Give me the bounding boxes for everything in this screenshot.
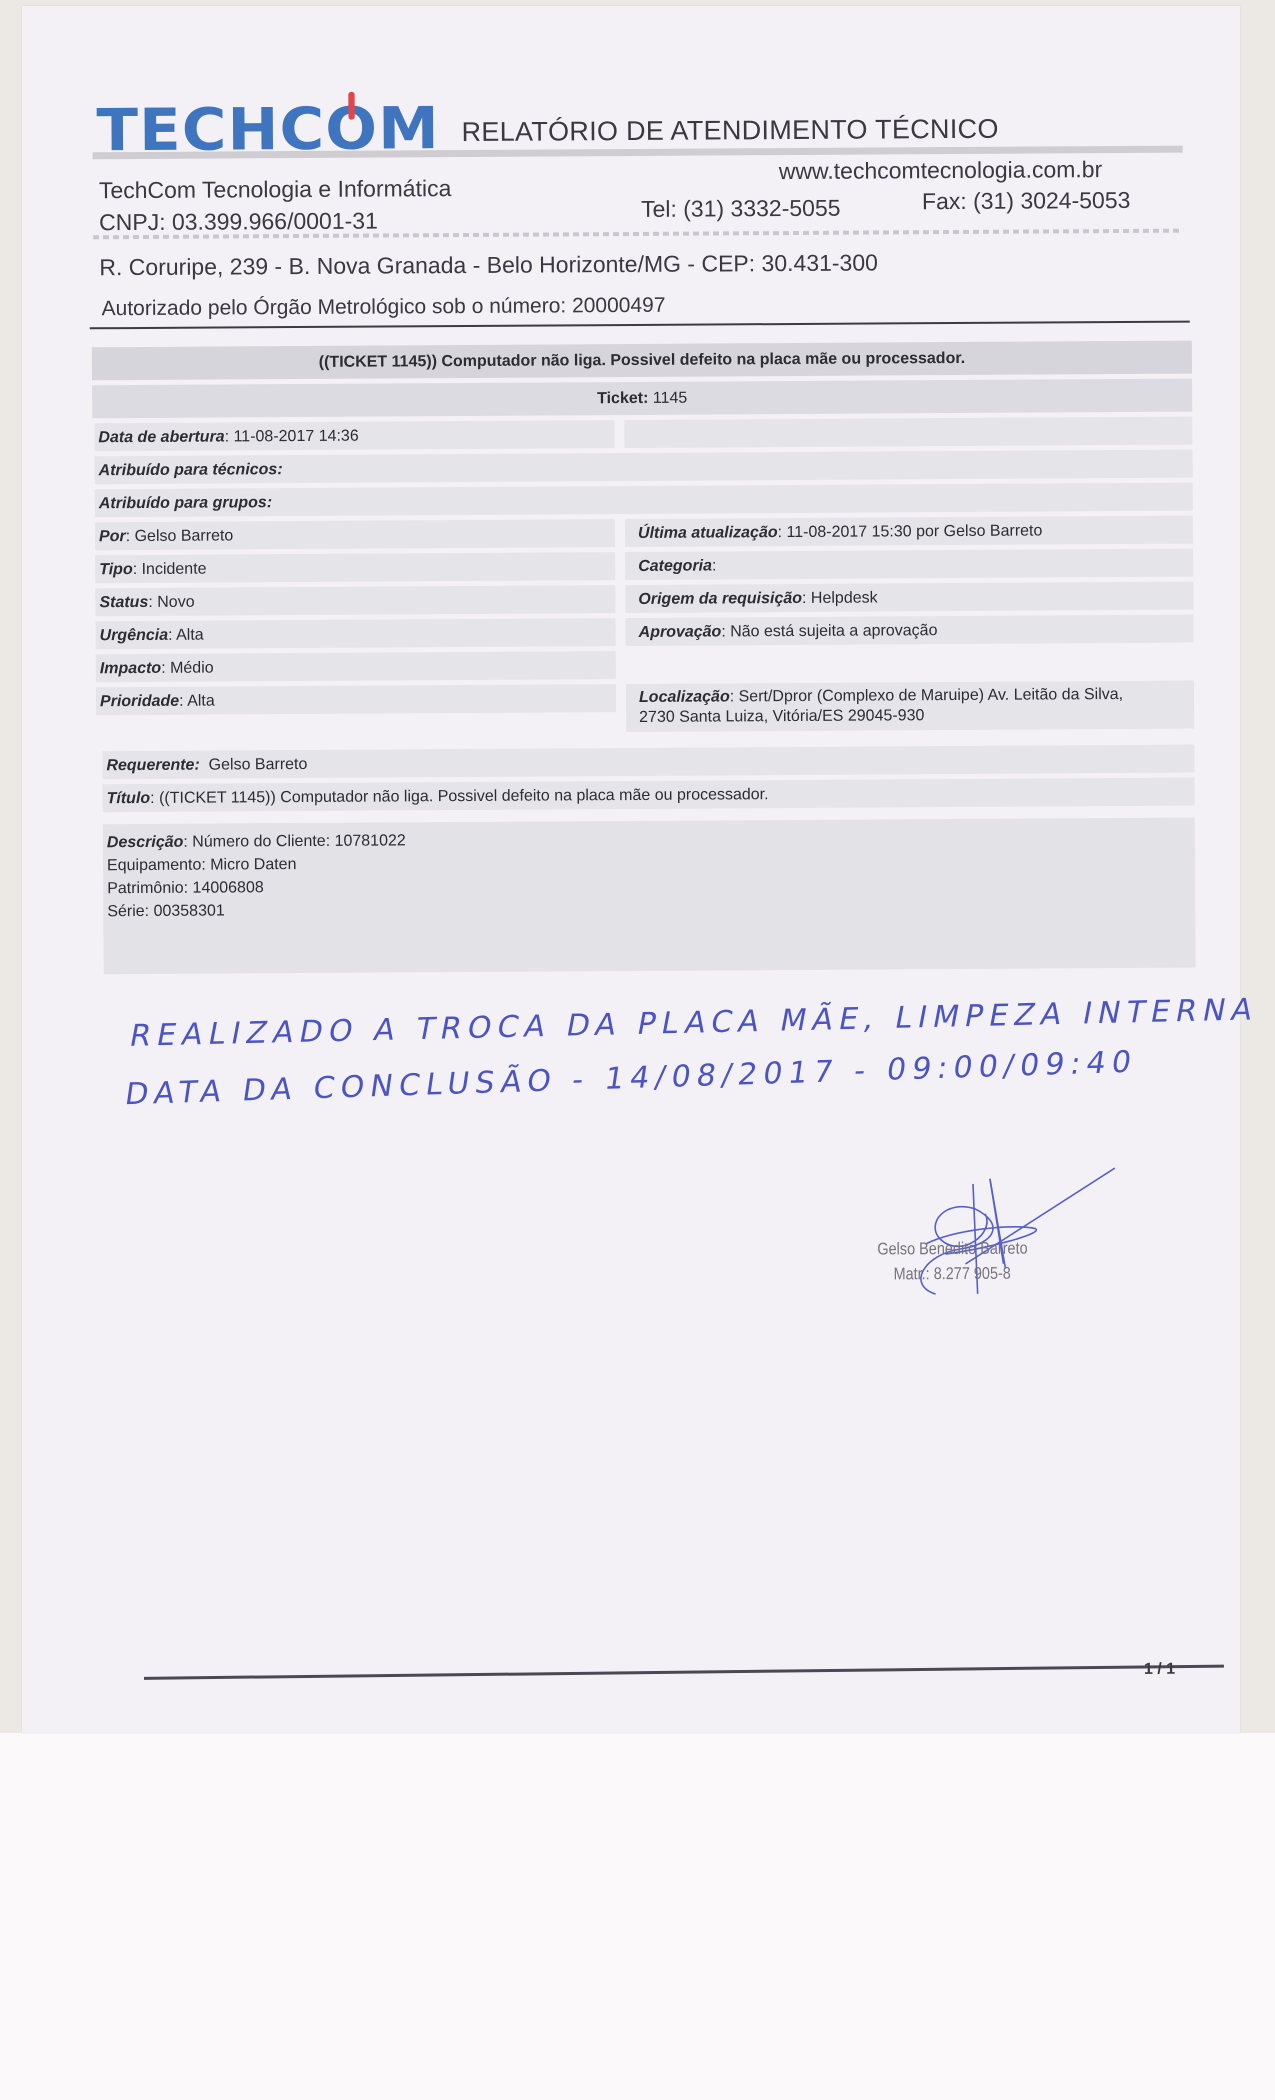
ticket-number: 1145 <box>653 389 688 407</box>
field-status: Status: Novo <box>99 594 194 613</box>
company-address: R. Coruripe, 239 - B. Nova Granada - Bel… <box>99 249 878 281</box>
field-label: Data de abertura <box>98 428 224 446</box>
field-label: Atribuído para técnicos: <box>99 461 283 479</box>
power-icon: O <box>325 100 378 158</box>
row-bg <box>624 417 1192 448</box>
ticket-title-band: ((TICKET 1145)) Computador não liga. Pos… <box>92 341 1192 381</box>
field-sep: : <box>126 528 135 545</box>
company-cnpj: CNPJ: 03.399.966/0001-31 <box>99 208 378 237</box>
field-value: 11-08-2017 15:30 por Gelso Barreto <box>786 522 1042 541</box>
ticket-label: Ticket: <box>597 389 648 407</box>
company-phone: Tel: (31) 3332-5055 <box>641 195 841 223</box>
field-label: Origem da requisição <box>638 590 802 608</box>
field-label: Categoria <box>638 558 712 575</box>
field-requerente: Requerente: Gelso Barreto <box>106 756 307 775</box>
footer-divider <box>144 1665 1224 1680</box>
field-sep: : <box>148 594 157 611</box>
field-label: Aprovação <box>639 623 722 641</box>
field-label: Impacto <box>100 660 161 677</box>
company-name: TechCom Tecnologia e Informática <box>99 175 452 204</box>
field-label: Título <box>107 790 151 807</box>
field-label: Tipo <box>99 561 133 578</box>
field-value: ((TICKET 1145)) Computador não liga. Pos… <box>159 786 769 807</box>
field-value: Gelso Barreto <box>135 527 234 545</box>
page-number: 1 / 1 <box>1144 1661 1175 1679</box>
field-categoria: Categoria: <box>638 557 716 575</box>
field-label: Prioridade <box>100 693 179 710</box>
field-urgencia: Urgência: Alta <box>100 627 204 646</box>
field-por: Por: Gelso Barreto <box>99 527 233 546</box>
field-value: Helpdesk <box>811 589 878 606</box>
field-label: Requerente: <box>106 757 199 775</box>
description-line: Série: 00358301 <box>107 898 406 923</box>
field-sep: : <box>712 557 717 574</box>
field-atribuido-tecnicos: Atribuído para técnicos: <box>99 461 283 480</box>
field-data-abertura: Data de abertura: 11-08-2017 14:36 <box>98 428 358 448</box>
scanned-page: TECHCOM RELATÓRIO DE ATENDIMENTO TÉCNICO… <box>22 6 1240 1733</box>
field-sep: : <box>730 688 739 705</box>
field-value: Médio <box>170 660 214 677</box>
field-localizacao: Localização: Sert/Dpror (Complexo de Mar… <box>639 685 1139 728</box>
description-line: Equipamento: Micro Daten <box>107 852 406 877</box>
field-value: Incidente <box>142 561 207 578</box>
field-origem-requisicao: Origem da requisição: Helpdesk <box>638 589 877 608</box>
field-prioridade: Prioridade: Alta <box>100 693 215 712</box>
description-line: Patrimônio: 14006808 <box>107 875 406 900</box>
field-value: Alta <box>176 627 204 644</box>
ticket-number-band: Ticket: 1145 <box>92 379 1192 419</box>
field-sep: : <box>161 660 170 677</box>
field-label: Localização <box>639 688 730 706</box>
field-sep: : <box>778 524 787 541</box>
header-divider <box>90 321 1190 330</box>
field-atribuido-grupos: Atribuído para grupos: <box>99 494 272 513</box>
field-descricao: Descrição: Número do Cliente: 10781022 E… <box>107 829 406 923</box>
field-value: Não está sujeita a aprovação <box>730 622 937 640</box>
field-sep: : <box>225 428 234 445</box>
field-value: Alta <box>187 693 215 710</box>
field-label: Descrição <box>107 834 184 851</box>
description-line: Número do Cliente: 10781022 <box>192 832 406 850</box>
signature-stamp-name: Gelso Benedito Barreto <box>877 1239 1027 1260</box>
field-ultima-atualizacao: Última atualização: 11-08-2017 15:30 por… <box>638 522 1042 542</box>
field-sep: : <box>802 590 811 607</box>
field-label: Atribuído para grupos: <box>99 494 272 512</box>
company-website: www.techcomtecnologia.com.br <box>779 156 1103 185</box>
handwritten-note-completion: DATA DA CONCLUSÃO - 14/08/2017 - 09:00/0… <box>123 1045 1140 1113</box>
field-tipo: Tipo: Incidente <box>99 561 206 580</box>
field-aprovacao: Aprovação: Não está sujeita a aprovação <box>639 622 938 642</box>
field-value: Novo <box>157 594 194 611</box>
field-value: 11-08-2017 14:36 <box>234 428 359 446</box>
field-label: Por <box>99 528 126 545</box>
field-impacto: Impacto: Médio <box>100 660 214 679</box>
signature-stamp-registration: Matr.: 8.277 905-8 <box>893 1264 1010 1285</box>
field-sep: : <box>721 623 730 640</box>
field-label: Status <box>99 594 148 611</box>
handwritten-note-service: REALIZADO A TROCA DA PLACA MÃE, LIMPEZA … <box>127 992 1262 1054</box>
metrology-authorization: Autorizado pelo Órgão Metrológico sob o … <box>102 294 666 321</box>
report-title: RELATÓRIO DE ATENDIMENTO TÉCNICO <box>461 114 998 148</box>
field-label: Urgência <box>100 627 169 644</box>
company-fax: Fax: (31) 3024-5053 <box>922 187 1131 215</box>
field-label: Última atualização <box>638 524 778 542</box>
field-value: Gelso Barreto <box>209 756 308 774</box>
